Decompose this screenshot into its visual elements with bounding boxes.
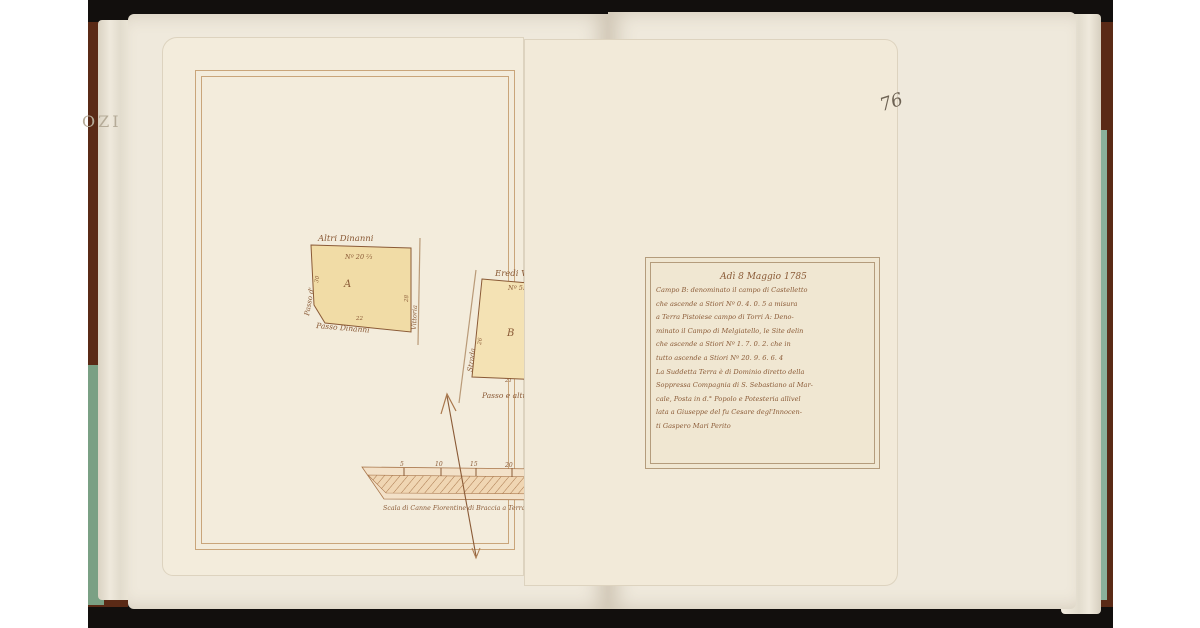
cartouche-line: che ascende a Stiori Nº 1. 7. 0. 2. che …: [656, 338, 871, 352]
cartouche-line: che ascende a Stiori Nº 0. 4. 0. 5 a mis…: [656, 298, 871, 312]
map-sheet: [163, 38, 523, 575]
watermark-text: OZI: [82, 112, 122, 131]
cartouche-line: Campo B: denominato il campo di Castelle…: [656, 284, 871, 298]
map-frame-inner: [201, 76, 509, 544]
cartouche-line: a Terra Pistoiese campo di Torri A: Deno…: [656, 311, 871, 325]
cartouche-line: cale, Posta in d.° Popolo e Potesteria a…: [656, 393, 871, 407]
cartouche-line: Soppressa Compagnia di S. Sebastiano al …: [656, 379, 871, 393]
cartouche-line: minato il Campo di Melgiatello, le Site …: [656, 325, 871, 339]
cartouche-line: tutto ascende a Stiori Nº 20. 9. 6. 6. 4: [656, 352, 871, 366]
cartouche-line: La Suddetta Terra è di Dominio diretto d…: [656, 366, 871, 380]
cartouche-signature: ti Gaspero Mari Perito: [656, 420, 871, 434]
cartouche-line: lata a Giuseppe del fu Cesare degl'Innoc…: [656, 406, 871, 420]
cartouche: Adì 8 Maggio 1785 Campo B: denominato il…: [645, 257, 880, 469]
cartouche-title: Adì 8 Maggio 1785: [656, 272, 871, 282]
